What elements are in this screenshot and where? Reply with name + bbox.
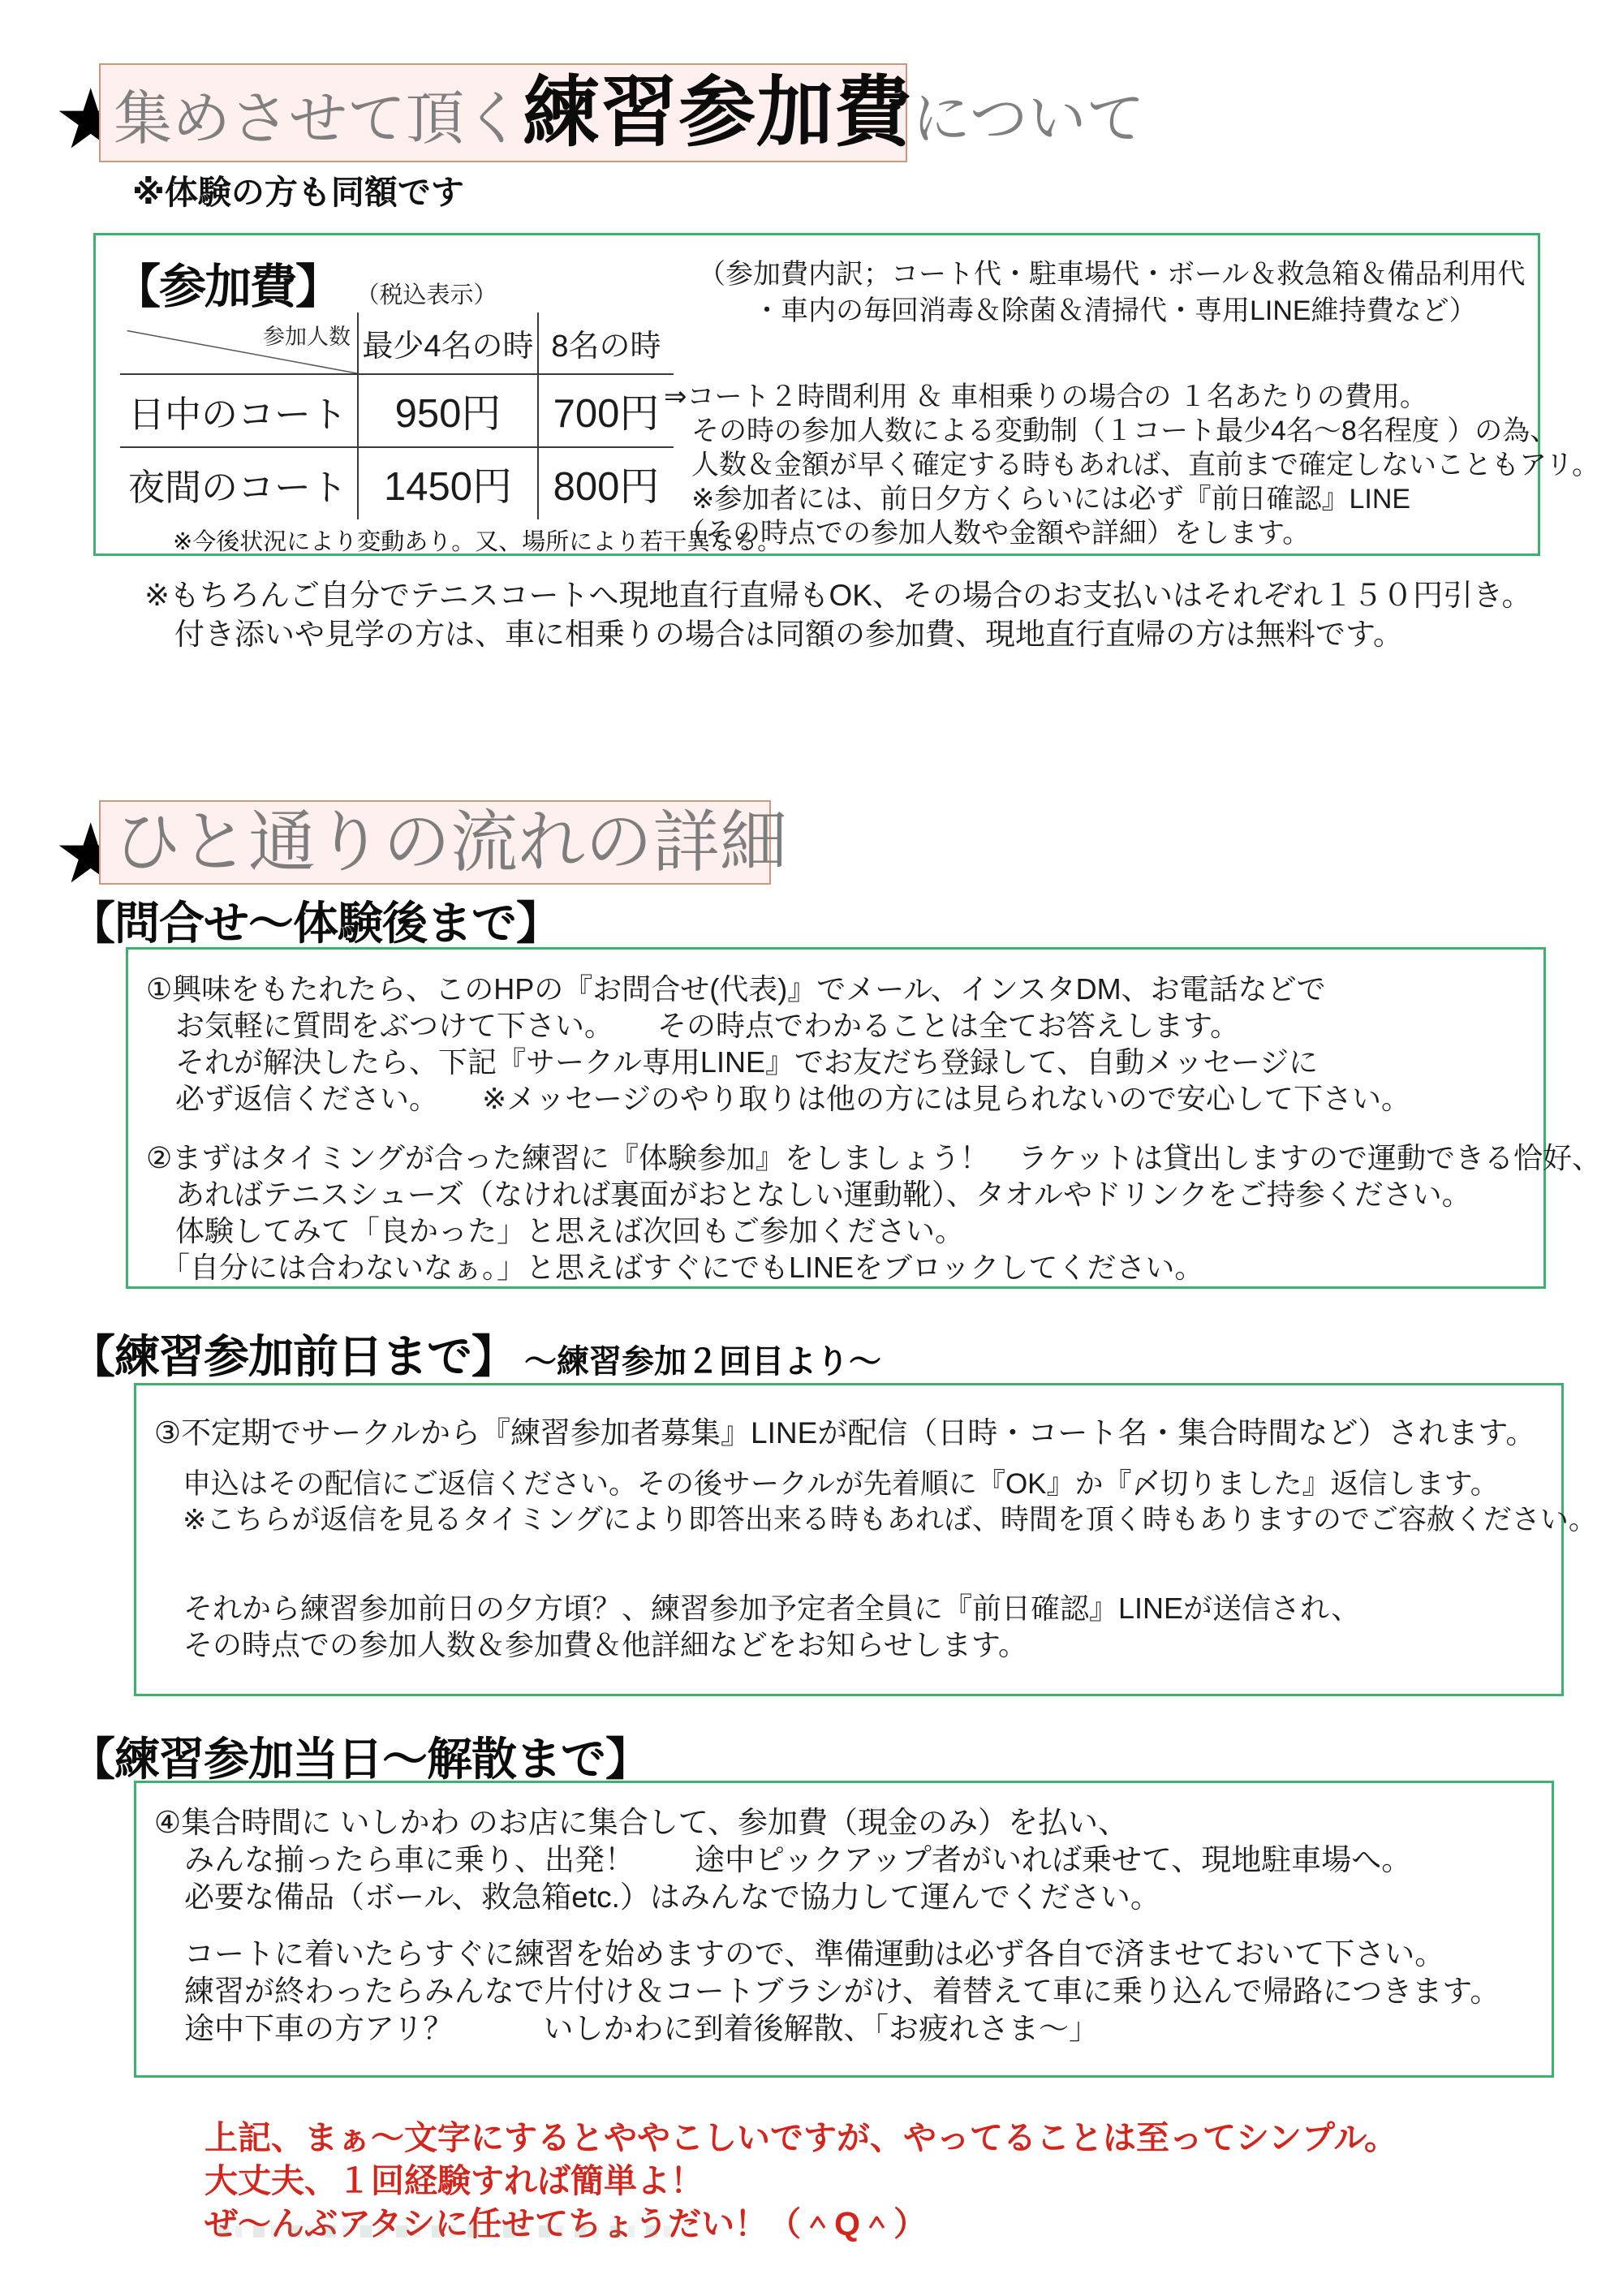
text-line: 体験してみて「良かった」と思えば次回もご参加ください。: [146, 1213, 1601, 1249]
corner-label: 参加人数: [263, 319, 351, 351]
fee-title-tail: について: [912, 87, 1145, 152]
fee-box-heading: 【参加費】: [114, 261, 341, 313]
text-line: それから練習参加前日の夕方頃？、練習参加予定者全員に『前日確認』LINEが送信さ…: [154, 1590, 1360, 1626]
text-line: （その時点での参加人数や金額や詳細）をします。: [664, 516, 1599, 550]
text-line: ※もちろんご自分でテニスコートへ現地直行直帰もOK、その場合のお支払いはそれぞれ…: [144, 576, 1532, 615]
fee-breakdown: （参加費内訳；コート代・駐車場代・ボール＆救急箱＆備品利用代 ・車内の毎回消毒＆…: [698, 256, 1525, 330]
fee-title-lead: 集めさせて頂く: [114, 87, 523, 152]
fee-title-emphasis: 練習参加費: [523, 70, 912, 156]
text-line: 人数＆金額が早く確定する時もあれば、直前まで確定しないこともアリ。: [664, 448, 1599, 482]
text-line: ・車内の毎回消毒＆除菌＆清掃代・専用LINE維持費など）: [698, 293, 1525, 330]
column-header-eight: 8名の時: [537, 312, 674, 373]
text-line: お気軽に質問をぶつけて下さい。 その時点でわかることは全てお答えします。: [146, 1007, 1410, 1044]
phase3-box: ④集合時間に いしかわ のお店に集合して、参加費（現金のみ）を払い、 みんな揃っ…: [134, 1781, 1554, 2078]
column-header-min4: 最少4名の時: [357, 312, 537, 373]
text-line: 上記、まぁ～文字にするとややこしいですが、やってることは至ってシンプル。: [204, 2117, 1397, 2160]
price-night-eight: 800円: [537, 446, 674, 519]
row-label-night: 夜間のコート: [120, 446, 357, 519]
text-line: ②まずはタイミングが合った練習に『体験参加』をしましょう！ ラケットは貸出します…: [146, 1139, 1601, 1176]
step3-intro: ③不定期でサークルから『練習参加者募集』LINEが配信（日時・コート名・集合時間…: [154, 1408, 1535, 1452]
text-line: 必ず返信ください。 ※メッセージのやり取りは他の方には見られないので安心して下さ…: [146, 1080, 1410, 1117]
text-line: 必要な備品（ボール、救急箱etc.）はみんなで協力して運んでください。: [154, 1879, 1411, 1916]
text-line: コートに着いたらすぐに練習を始めますので、準備運動は必ず各自で済ませておいて下さ…: [154, 1936, 1500, 1973]
step2-paragraph: ②まずはタイミングが合った練習に『体験参加』をしましょう！ ラケットは貸出します…: [146, 1139, 1601, 1286]
direct-go-home-notes: ※もちろんご自分でテニスコートへ現地直行直帰もOK、その場合のお支払いはそれぞれ…: [144, 576, 1532, 654]
text-line: あればテニスシューズ（なければ裏面がおとなしい運動靴）、タオルやドリンクをご持参…: [146, 1176, 1601, 1213]
step3-apply-paragraph: 申込はその配信にご返信ください。その後サークルが先着順に『OK』か『〆切りました…: [154, 1467, 1597, 1538]
step4-paragraph: ④集合時間に いしかわ のお店に集合して、参加費（現金のみ）を払い、 みんな揃っ…: [154, 1804, 1411, 1916]
text-line: ※こちらが返信を見るタイミングにより即答出来る時もあれば、時間を頂く時もあります…: [154, 1502, 1597, 1538]
trial-same-price-note: ※体験の方も同額です: [132, 166, 464, 213]
phase1-box: ①興味をもたれたら、このHPの『お問合せ(代表)』でメール、インスタDM、お電話…: [126, 947, 1546, 1289]
text-line: その時の参加人数による変動制（１コート最少4名～8名程度 ）の為、: [664, 414, 1599, 448]
price-daytime-min4: 950円: [357, 373, 537, 446]
fee-box: 【参加費】 （税込表示） 参加人数 最少4名の時 8名の時 日中のコート 950…: [93, 233, 1540, 556]
phase2-heading-note: ～練習参加２回目より～: [524, 1344, 881, 1380]
text-line: 付き添いや見学の方は、車に相乗りの場合は同額の参加費、現地直行直帰の方は無料です…: [144, 615, 1532, 654]
step3-confirm-paragraph: それから練習参加前日の夕方頃？、練習参加予定者全員に『前日確認』LINEが送信さ…: [154, 1590, 1360, 1663]
text-line: 「自分には合わないなぁ。」と思えばすぐにでもLINEをブロックしてください。: [146, 1249, 1601, 1286]
per-person-cost-notes: ⇒コート２時間利用 ＆ 車相乗りの場合の １名あたりの費用。 その時の参加人数に…: [664, 380, 1599, 550]
step1-paragraph: ①興味をもたれたら、このHPの『お問合せ(代表)』でメール、インスタDM、お電話…: [146, 971, 1410, 1117]
text-line: 途中下車の方アリ？ いしかわに到着後解散、「お疲れさま～」: [154, 2010, 1500, 2048]
phase1-heading: 【問合せ～体験後まで】: [70, 888, 561, 953]
text-line: ぜ～んぶアタシに任せてちょうだい！（＾Q＾）: [204, 2203, 1397, 2246]
row-label-daytime: 日中のコート: [120, 373, 357, 446]
flow-title-text: ひと通りの流れの詳細: [114, 804, 787, 880]
fee-box-heading-row: 【参加費】 （税込表示）: [114, 248, 497, 317]
price-daytime-eight: 700円: [537, 373, 674, 446]
text-line: 大丈夫、１回経験すれば簡単よ！: [204, 2160, 1397, 2203]
text-line: （参加費内訳；コート代・駐車場代・ボール＆救急箱＆備品利用代: [698, 256, 1525, 293]
text-line: ⇒コート２時間利用 ＆ 車相乗りの場合の １名あたりの費用。: [664, 380, 1599, 414]
cropped-next-section-artifact: [217, 2225, 680, 2238]
text-line: みんな揃ったら車に乗り、出発！ 途中ピックアップ者がいれば乗せて、現地駐車場へ。: [154, 1842, 1411, 1879]
fee-table: 参加人数 最少4名の時 8名の時 日中のコート 950円 700円 夜間のコート…: [120, 312, 674, 519]
flow-section-title: ひと通りの流れの詳細: [99, 800, 771, 885]
price-night-min4: 1450円: [357, 446, 537, 519]
flyer-page: ★ 集めさせて頂く練習参加費について ※体験の方も同額です 【参加費】 （税込表…: [0, 0, 1623, 2296]
fee-table-corner-cell: 参加人数: [120, 312, 357, 373]
step4-after-paragraph: コートに着いたらすぐに練習を始めますので、準備運動は必ず各自で済ませておいて下さ…: [154, 1936, 1500, 2048]
text-line: ①興味をもたれたら、このHPの『お問合せ(代表)』でメール、インスタDM、お電話…: [146, 971, 1410, 1007]
text-line: 練習が終わったらみんなで片付け＆コートブラシがけ、着替えて車に乗り込んで帰路につ…: [154, 1973, 1500, 2010]
text-line: それが解決したら、下記『サークル専用LINE』でお友だち登録して、自動メッセージ…: [146, 1044, 1410, 1080]
text-line: 申込はその配信にご返信ください。その後サークルが先着順に『OK』か『〆切りました…: [154, 1467, 1597, 1502]
phase2-box: ③不定期でサークルから『練習参加者募集』LINEが配信（日時・コート名・集合時間…: [134, 1383, 1564, 1696]
text-line: ④集合時間に いしかわ のお店に集合して、参加費（現金のみ）を払い、: [154, 1804, 1411, 1842]
phase3-heading: 【練習参加当日～解散まで】: [70, 1724, 650, 1789]
text-line: ※参加者には、前日夕方くらいには必ず『前日確認』LINE: [664, 482, 1599, 516]
tax-included-note: （税込表示）: [355, 282, 497, 308]
phase2-heading-text: 【練習参加前日まで】: [70, 1331, 516, 1382]
phase2-heading: 【練習参加前日まで】～練習参加２回目より～: [70, 1321, 881, 1386]
text-line: その時点での参加人数＆参加費＆他詳細などをお知らせします。: [154, 1626, 1360, 1663]
fee-section-title: 集めさせて頂く練習参加費について: [99, 63, 907, 162]
